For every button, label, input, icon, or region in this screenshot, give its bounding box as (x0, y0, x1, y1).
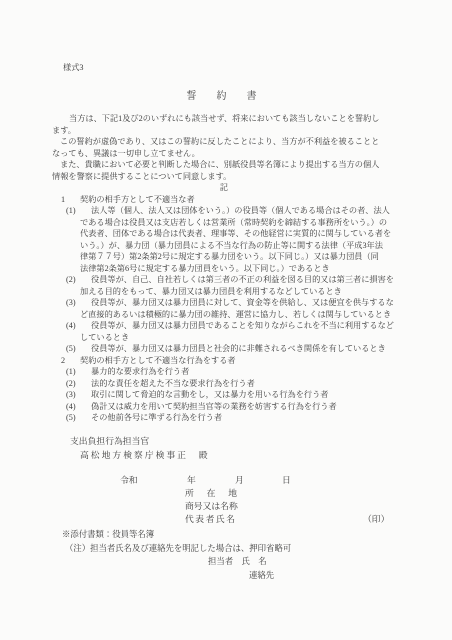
list-item: (2)法的な責任を超えた不当な要求行為を行う者 (52, 378, 396, 390)
section-number: 1 (61, 194, 80, 206)
item-text: 役員等が、暴力団又は暴力団員と社会的に非難されるべき関係を有しているとき (91, 344, 386, 353)
item-number: (3) (66, 389, 91, 401)
stamp-omission-note: （注）担当者氏名及び連絡先を明記した場合は、押印省略可 (65, 543, 291, 555)
item-number: (4) (66, 320, 91, 332)
list-item: (4)偽計又は威力を用いて契約担当官等の業務を妨害する行為を行う者 (52, 401, 396, 413)
section-2-heading: 2契約の相手方として不適当な行為をする者 (61, 355, 396, 367)
section-heading-text: 契約の相手方として不適当な者 (80, 195, 195, 204)
section-number: 2 (61, 355, 80, 367)
document-title: 誓 約 書 (52, 91, 396, 103)
contact-label: 連絡先 (249, 570, 274, 582)
intro-paragraph: この誓約が虚偽であり、又はこの誓約に反したことにより、当方が不利益を被ることと … (52, 136, 396, 159)
date-day-label: 日 (282, 474, 291, 486)
official-title: 支出負担行為担当官 (70, 435, 149, 447)
document-body: 様式3 誓 約 書 当方は、下記1及び2のいずれにも該当せず、将来においても該当… (52, 62, 396, 424)
section-1-heading: 1契約の相手方として不適当な者 (61, 194, 396, 206)
item-number: (5) (66, 412, 91, 424)
item-number: (1) (66, 366, 91, 378)
item-text: 法的な責任を超えた不当な要求行為を行う者 (91, 379, 255, 388)
document-page: 様式3 誓 約 書 当方は、下記1及び2のいずれにも該当せず、将来においても該当… (0, 0, 452, 640)
addressee-line: 高松地方検察庁検事正 殿 (80, 449, 210, 461)
item-text: 偽計又は威力を用いて契約担当官等の業務を妨害する行為を行う者 (91, 402, 337, 411)
list-item: (2)役員等が、自己、自社若しくは第三者の不正の利益を図る目的又は第三者に損害を… (52, 274, 396, 297)
date-era-label: 令和 (120, 474, 138, 486)
section-heading-text: 契約の相手方として不適当な行為をする者 (80, 356, 236, 365)
item-text: 取引に関して脅迫的な言動をし，又は暴力を用いる行為を行う者 (91, 390, 328, 399)
date-year-label: 年 (187, 474, 196, 486)
date-month-label: 月 (235, 474, 244, 486)
list-item: (5)その他前各号に準ずる行為を行う者 (52, 412, 396, 424)
item-text: 役員等が、自己、自社若しくは第三者の不正の利益を図る目的又は第三者に損害を 加え… (80, 275, 394, 296)
re-marker: 記 (52, 182, 396, 194)
list-item: (1)法人等（個人、法人又は団体をいう。）の役員等（個人である場合はその者、法人… (52, 205, 396, 274)
address-label: 所 在 地 (185, 487, 239, 499)
item-text: 法人等（個人、法人又は団体をいう。）の役員等（個人である場合はその者、法人 であ… (80, 206, 391, 273)
item-text: 暴力的な要求行為を行う者 (91, 367, 189, 376)
item-number: (5) (66, 343, 91, 355)
item-number: (2) (66, 378, 91, 390)
list-item: (1)暴力的な要求行為を行う者 (52, 366, 396, 378)
item-text: 役員等が、暴力団又は暴力団員に対して、資金等を供給し、又は便宜を供与するな ど直… (80, 298, 394, 319)
trade-name-label: 商号又は名称 (185, 500, 238, 512)
seal-placeholder: （印） (363, 513, 389, 525)
representative-name-label: 代表者氏名 (185, 513, 237, 525)
list-item: (5)役員等が、暴力団又は暴力団員と社会的に非難されるべき関係を有しているとき (52, 343, 396, 355)
intro-paragraphs: 当方は、下記1及び2のいずれにも該当せず、将来においても該当しないことを誓約し … (52, 113, 396, 182)
form-number: 様式3 (63, 62, 396, 74)
list-item: (4)役員等が、暴力団又は暴力団員であることを知りながらこれを不当に利用するなど… (52, 320, 396, 343)
item-number: (3) (66, 297, 91, 309)
closing-block: 支出負担行為担当官 高松地方検察庁検事正 殿 令和 年 月 日 所 在 地 商号… (52, 432, 432, 622)
list-item: (3)取引に関して脅迫的な言動をし，又は暴力を用いる行為を行う者 (52, 389, 396, 401)
item-text: その他前各号に準ずる行為を行う者 (91, 413, 222, 422)
intro-paragraph: 当方は、下記1及び2のいずれにも該当せず、将来においても該当しないことを誓約し … (52, 113, 396, 136)
attachment-note: ※添付書類：役員等名簿 (62, 529, 154, 541)
item-number: (1) (66, 205, 91, 217)
item-number: (4) (66, 401, 91, 413)
item-text: 役員等が、暴力団又は暴力団員であることを知りながらこれを不当に利用するなど して… (80, 321, 394, 342)
contact-person-label: 担当者 氏 名 (208, 556, 267, 568)
list-item: (3)役員等が、暴力団又は暴力団員に対して、資金等を供給し、又は便宜を供与するな… (52, 297, 396, 320)
item-number: (2) (66, 274, 91, 286)
intro-paragraph: また、貴職において必要と判断した場合に、別紙役員等名簿により提出する当方の個人 … (52, 159, 396, 182)
